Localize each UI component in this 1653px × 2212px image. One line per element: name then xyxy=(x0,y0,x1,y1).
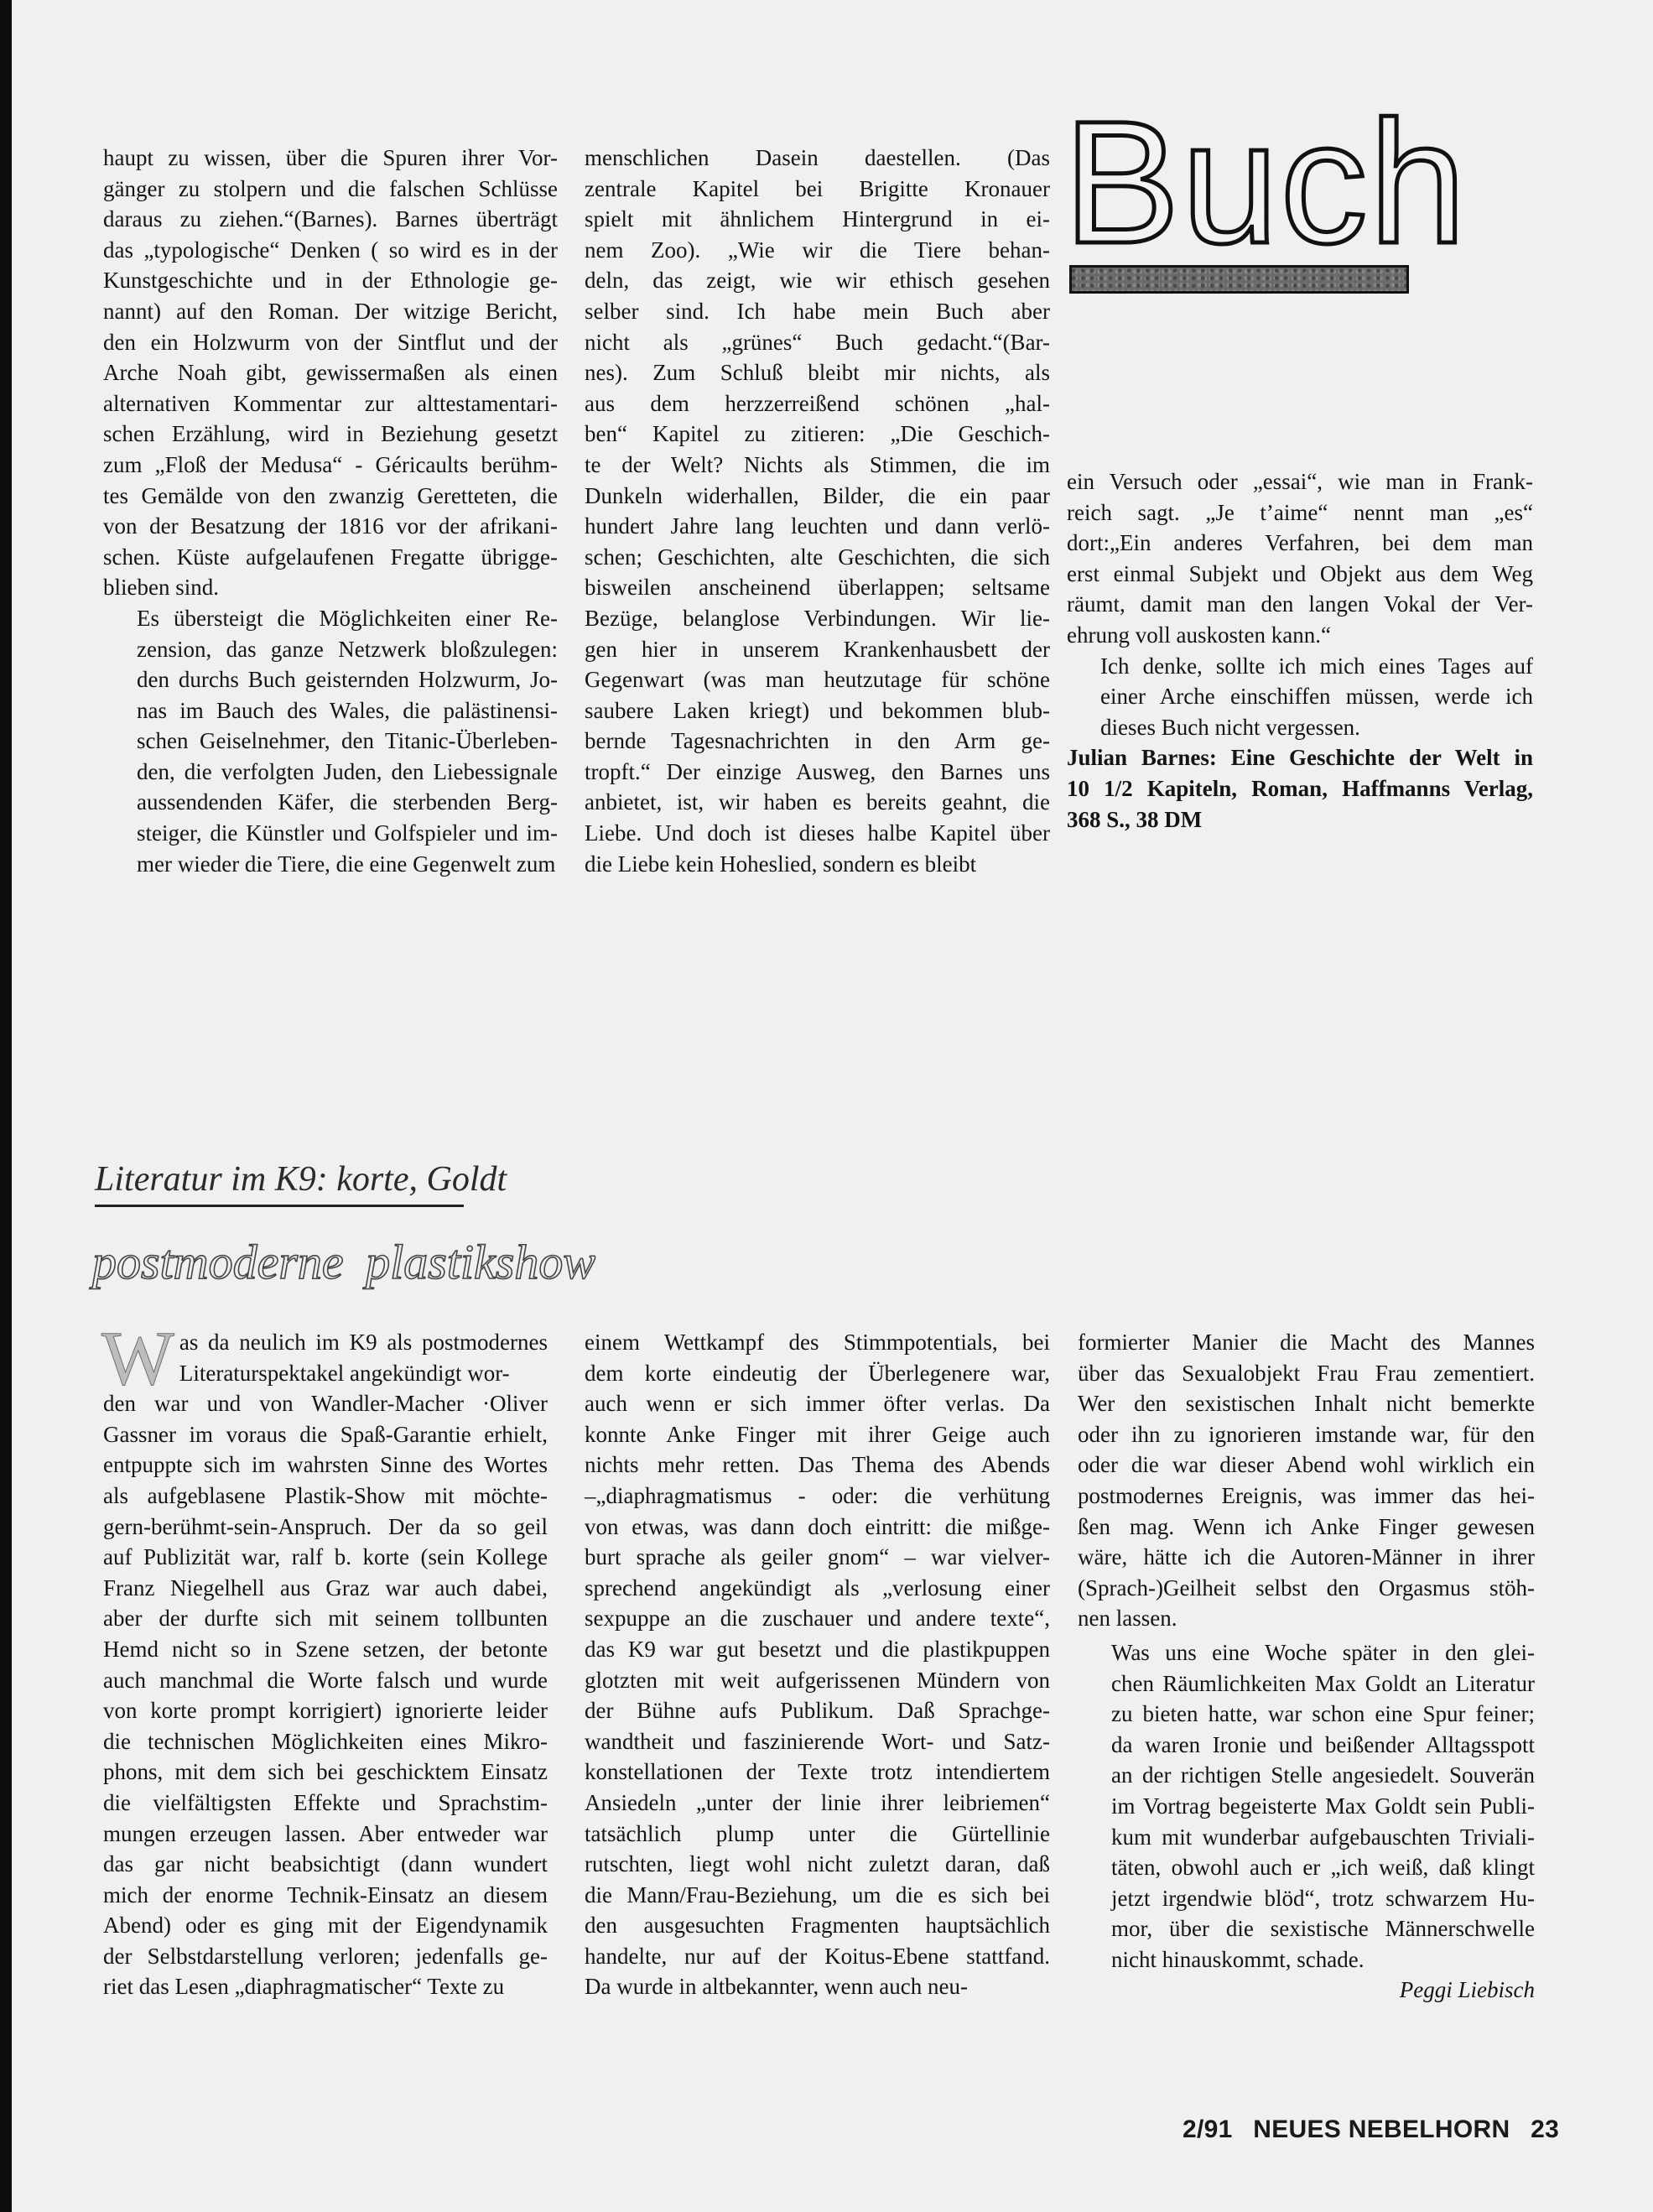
text-line: mor, über die sexistische Männerschwelle xyxy=(1078,1913,1535,1944)
text-line: (Sprach-)Geilheit selbst den Orgasmus st… xyxy=(1078,1573,1535,1604)
article-kicker: Literatur im K9: korte, Goldt xyxy=(95,1158,464,1207)
text-line: aus dem herzzerreißend schönen „hal- xyxy=(585,388,1050,419)
text-line: von korte prompt korrigiert) ignorierte … xyxy=(103,1695,548,1726)
paragraph: formierter Manier die Macht des Mannesüb… xyxy=(1078,1327,1535,1634)
text-line: Franz Niegelhell aus Graz war auch dabei… xyxy=(103,1573,548,1604)
text-line: Wer den sexistischen Inhalt nicht bemerk… xyxy=(1078,1388,1535,1419)
author-byline: Peggi Liebisch xyxy=(1078,1975,1535,2006)
text-line: postmodernes Ereignis, was immer das hei… xyxy=(1078,1481,1535,1512)
text-line: saubere Laken kriegt) und bekommen blub- xyxy=(585,695,1050,726)
text-line: von der Besatzung der 1816 vor der afrik… xyxy=(103,511,558,542)
text-line: bisweilen anscheinend überlappen; seltsa… xyxy=(585,572,1050,603)
text-line: mer wieder die Tiere, die eine Gegenwelt… xyxy=(103,849,558,880)
text-line: dort:„Ein anderes Verfahren, bei dem man xyxy=(1067,528,1533,559)
text-line: menschlichen Dasein daestellen. (Das xyxy=(585,143,1050,174)
text-line: glotzten mit weit aufgerissenen Mündern … xyxy=(585,1665,1050,1696)
text-line: selber sind. Ich habe mein Buch aber xyxy=(585,296,1050,327)
text-line: ben“ Kapitel zu zitieren: „Die Geschich- xyxy=(585,419,1050,450)
issue-number: 2/91 xyxy=(1183,2116,1233,2143)
text-line: te der Welt? Nichts als Stimmen, die im xyxy=(585,450,1050,481)
text-line: schen. Küste aufgelaufenen Fregatte übri… xyxy=(103,542,558,573)
text-line: die Liebe kein Hoheslied, sondern es ble… xyxy=(585,849,1050,880)
text-line: über das Sexualobjekt Frau Frau zementie… xyxy=(1078,1358,1535,1389)
page-number: 23 xyxy=(1531,2116,1559,2143)
text-line: tes Gemälde von den zwanzig Geretteten, … xyxy=(103,481,558,512)
text-line: spielt mit ähnlichem Hintergrund in ei- xyxy=(585,204,1050,235)
text-line: auf Publizität war, ralf b. korte (sein … xyxy=(103,1542,548,1573)
text-line: alternativen Kommentar zur alttestamenta… xyxy=(103,388,558,419)
text-line: konnte Anke Finger mit ihrer Geige auch xyxy=(585,1419,1050,1450)
text-line: Dunkeln widerhallen, Bilder, die ein paa… xyxy=(585,481,1050,512)
article-column-3: formierter Manier die Macht des Mannesüb… xyxy=(1078,1327,1535,2006)
text-line: gänger zu stolpern und die falschen Schl… xyxy=(103,174,558,205)
text-line: ein Versuch oder „essai“, wie man in Fra… xyxy=(1067,466,1533,497)
article-column-1: W as da neulich im K9 als postmodernesLi… xyxy=(103,1327,548,2002)
paragraph: menschlichen Dasein daestellen. (Daszent… xyxy=(585,143,1050,879)
text-line: entpuppte sich im wahrsten Sinne des Wor… xyxy=(103,1450,548,1481)
text-line: zension, das ganze Netzwerk bloßzulegen: xyxy=(103,634,558,665)
text-line: zu bieten hatte, war schon eine Spur fei… xyxy=(1078,1699,1535,1730)
review-column-2: menschlichen Dasein daestellen. (Daszent… xyxy=(585,143,1050,879)
text-line: da waren Ironie und beißender Alltagsspo… xyxy=(1078,1730,1535,1761)
text-line: der Bühne aufs Publikum. Daß Sprachge- xyxy=(585,1695,1050,1726)
text-line: 10 1/2 Kapiteln, Roman, Haffmanns Verlag… xyxy=(1067,773,1533,804)
text-line: das „typologische“ Denken ( so wird es i… xyxy=(103,235,558,266)
text-line: zum „Floß der Medusa“ - Géricaults berüh… xyxy=(103,450,558,481)
text-line: daraus zu ziehen.“(Barnes). Barnes übert… xyxy=(103,204,558,235)
text-line: täten, obwohl auch er „ich weiß, daß kli… xyxy=(1078,1852,1535,1883)
text-line: Arche Noah gibt, gewissermaßen als einen xyxy=(103,357,558,388)
text-line: schen Erzählung, wird in Beziehung geset… xyxy=(103,419,558,450)
paragraph: ein Versuch oder „essai“, wie man in Fra… xyxy=(1067,466,1533,651)
text-line: den ausgesuchten Fragmenten hauptsächlic… xyxy=(585,1910,1050,1941)
text-line: tropft.“ Der einzige Ausweg, den Barnes … xyxy=(585,757,1050,788)
paragraph: Es übersteigt die Möglichkeiten einer Re… xyxy=(103,603,558,879)
text-line: kum mit wunderbar aufgebauschten Trivial… xyxy=(1078,1822,1535,1853)
text-line: formierter Manier die Macht des Mannes xyxy=(1078,1327,1535,1358)
text-line: gern-berühmt-sein-Anspruch. Der da so ge… xyxy=(103,1512,548,1543)
text-line: deln, das zeigt, wie wir ethisch gesehen xyxy=(585,265,1050,296)
text-line: die Mann/Frau-Beziehung, um die es sich … xyxy=(585,1880,1050,1911)
section-title-buch: Buch xyxy=(1063,99,1468,267)
paragraph: Was uns eine Woche später in den glei-ch… xyxy=(1078,1637,1535,1975)
text-line: nicht hinauskommt, schade. xyxy=(1078,1944,1535,1975)
text-line: aussendenden Käfer, die sterbenden Berg- xyxy=(103,787,558,818)
text-line: dieses Buch nicht vergessen. xyxy=(1067,712,1533,743)
text-line: Gassner im voraus die Spaß-Garantie erhi… xyxy=(103,1419,548,1450)
text-line: räumt, damit man den langen Vokal der Ve… xyxy=(1067,589,1533,620)
text-line: den ein Holzwurm von der Sintflut und de… xyxy=(103,327,558,358)
text-line: im Vortrag begeisterte Max Goldt sein Pu… xyxy=(1078,1791,1535,1822)
text-line: nas im Bauch des Wales, die palästinensi… xyxy=(103,695,558,726)
review-column-1: haupt zu wissen, über die Spuren ihrer V… xyxy=(103,143,558,879)
text-line: rutschten, liegt wohl nicht zuletzt dara… xyxy=(585,1849,1050,1880)
section-title-bar xyxy=(1069,265,1409,294)
text-line: Da wurde in altbekannter, wenn auch neu- xyxy=(585,1971,1050,2002)
text-line: den, die verfolgten Juden, den Liebessig… xyxy=(103,757,558,788)
text-line: wäre, hätte ich die Autoren-Männer in ih… xyxy=(1078,1542,1535,1573)
review-column-3: ein Versuch oder „essai“, wie man in Fra… xyxy=(1067,466,1533,835)
text-line: Gegenwart (was man heutzutage für schöne xyxy=(585,664,1050,695)
text-line: an der richtigen Stelle angesiedelt. Sou… xyxy=(1078,1760,1535,1791)
text-line: das gar nicht beabsichtigt (dann wundert xyxy=(103,1849,548,1880)
text-line: hundert Jahre lang leuchten und dann ver… xyxy=(585,511,1050,542)
text-line: auch manchmal die Worte falsch und wurde xyxy=(103,1665,548,1696)
magazine-name: NEUES NEBELHORN xyxy=(1253,2116,1510,2143)
text-line: wandtheit und faszinierende Wort- und Sa… xyxy=(585,1726,1050,1757)
text-line: nichts mehr retten. Das Thema des Abends xyxy=(585,1450,1050,1481)
text-line: haupt zu wissen, über die Spuren ihrer V… xyxy=(103,143,558,174)
text-line: chen Räumlichkeiten Max Goldt an Literat… xyxy=(1078,1668,1535,1699)
text-line: oder ihn zu ignorieren imstande war, für… xyxy=(1078,1419,1535,1450)
text-line: erst einmal Subjekt und Objekt aus dem W… xyxy=(1067,559,1533,590)
text-line: blieben sind. xyxy=(103,572,558,603)
text-line: Was uns eine Woche später in den glei- xyxy=(1078,1637,1535,1668)
text-line: Hemd nicht so in Szene setzen, der beton… xyxy=(103,1634,548,1665)
text-line: nicht als „grünes“ Buch gedacht.“(Bar- xyxy=(585,327,1050,358)
text-line: die technischen Möglichkeiten eines Mikr… xyxy=(103,1726,548,1757)
text-line: Bezüge, belanglose Verbindungen. Wir lie… xyxy=(585,603,1050,634)
text-line: mich der enorme Technik-Einsatz an diese… xyxy=(103,1880,548,1911)
text-line: konstellationen der Texte trotz intendie… xyxy=(585,1757,1050,1788)
text-line: Es übersteigt die Möglichkeiten einer Re… xyxy=(103,603,558,634)
text-line: tatsächlich plump unter die Gürtellinie xyxy=(585,1819,1050,1850)
text-line: oder die war dieser Abend wohl wirklich … xyxy=(1078,1450,1535,1481)
paragraph: einem Wettkampf des Stimmpotentials, bei… xyxy=(585,1327,1050,2002)
text-line: schen; Geschichten, alte Geschichten, di… xyxy=(585,542,1050,573)
text-line: nem Zoo). „Wie wir die Tiere behan- xyxy=(585,235,1050,266)
paragraph: den war und von Wandler-Macher ·OliverGa… xyxy=(103,1388,548,2002)
text-line: burt sprache als geiler gnom“ – war viel… xyxy=(585,1542,1050,1573)
text-line: Ansiedeln „unter der linie ihrer leibrie… xyxy=(585,1788,1050,1819)
text-line: phons, mit dem sich bei geschicktem Eins… xyxy=(103,1757,548,1788)
text-line: Liebe. Und doch ist dieses halbe Kapitel… xyxy=(585,818,1050,849)
text-line: 368 S., 38 DM xyxy=(1067,804,1533,835)
text-line: Abend) oder es ging mit der Eigendynamik xyxy=(103,1910,548,1941)
text-line: Kunstgeschichte und in der Ethnologie ge… xyxy=(103,265,558,296)
text-line: anbietet, ist, wir haben es bereits geah… xyxy=(585,787,1050,818)
text-line: nannt) auf den Roman. Der witzige Berich… xyxy=(103,296,558,327)
text-line: nen lassen. xyxy=(1078,1603,1535,1634)
text-line: auch wenn er sich immer öfter verlas. Da xyxy=(585,1388,1050,1419)
text-line: das K9 war gut besetzt und die plastikpu… xyxy=(585,1634,1050,1665)
text-line: dem korte eindeutig der Überlegenere war… xyxy=(585,1358,1050,1389)
text-line: ßen mag. Wenn ich Anke Finger gewesen xyxy=(1078,1512,1535,1543)
text-line: nes). Zum Schluß bleibt mir nichts, als xyxy=(585,357,1050,388)
drop-cap: W xyxy=(101,1329,174,1387)
text-line: von etwas, was dann doch eintritt: die m… xyxy=(585,1512,1050,1543)
text-line: jetzt irgendwie blöd“, trotz schwarzem H… xyxy=(1078,1883,1535,1914)
text-line: ehrung voll auskosten kann.“ xyxy=(1067,620,1533,651)
article-headline: postmoderne plastikshow xyxy=(92,1233,595,1292)
text-line: zentrale Kapitel bei Brigitte Kronauer xyxy=(585,174,1050,205)
paragraph: Ich denke, sollte ich mich eines Tages a… xyxy=(1067,651,1533,743)
text-line: sprechend angekündigt als „verlosung ein… xyxy=(585,1573,1050,1604)
text-line: steiger, die Künstler und Golfspieler un… xyxy=(103,818,558,849)
text-line: Ich denke, sollte ich mich eines Tages a… xyxy=(1067,651,1533,682)
text-line: schen Geiselnehmer, den Titanic-Überlebe… xyxy=(103,726,558,757)
text-line: sexpuppe an die zuschauer und andere tex… xyxy=(585,1603,1050,1634)
text-line: riet das Lesen „diaphragmatischer“ Texte… xyxy=(103,1971,548,2002)
text-line: Julian Barnes: Eine Geschichte der Welt … xyxy=(1067,742,1533,773)
text-line: einem Wettkampf des Stimmpotentials, bei xyxy=(585,1327,1050,1358)
text-line: mungen erzeugen lassen. Aber entweder wa… xyxy=(103,1819,548,1850)
book-credit: Julian Barnes: Eine Geschichte der Welt … xyxy=(1067,742,1533,835)
paragraph: haupt zu wissen, über die Spuren ihrer V… xyxy=(103,143,558,603)
text-line: den war und von Wandler-Macher ·Oliver xyxy=(103,1388,548,1419)
page-footer: 2/91 NEUES NEBELHORN 23 xyxy=(1183,2116,1559,2144)
article-column-2: einem Wettkampf des Stimmpotentials, bei… xyxy=(585,1327,1050,2002)
text-line: aber der durfte sich mit seinem tollbunt… xyxy=(103,1603,548,1634)
text-line: einer Arche einschiffen müssen, werde ic… xyxy=(1067,681,1533,712)
scan-edge-shadow xyxy=(0,0,12,2212)
text-line: den durchs Buch geisternden Holzwurm, Jo… xyxy=(103,664,558,695)
text-line: der Selbstdarstellung verloren; jedenfal… xyxy=(103,1941,548,1972)
text-line: gen hier in unserem Krankenhausbett der xyxy=(585,634,1050,665)
text-line: reich sagt. „Je t’aime“ nennt man „es“ xyxy=(1067,497,1533,528)
text-line: handelte, nur auf der Koitus-Ebene statt… xyxy=(585,1941,1050,1972)
text-line: als aufgeblasene Plastik-Show mit möchte… xyxy=(103,1481,548,1512)
text-line: die vielfältigsten Effekte und Sprachsti… xyxy=(103,1788,548,1819)
text-line: bernde Tagesnachrichten in den Arm ge- xyxy=(585,726,1050,757)
text-line: –„diaphragmatismus - oder: die verhütung xyxy=(585,1481,1050,1512)
